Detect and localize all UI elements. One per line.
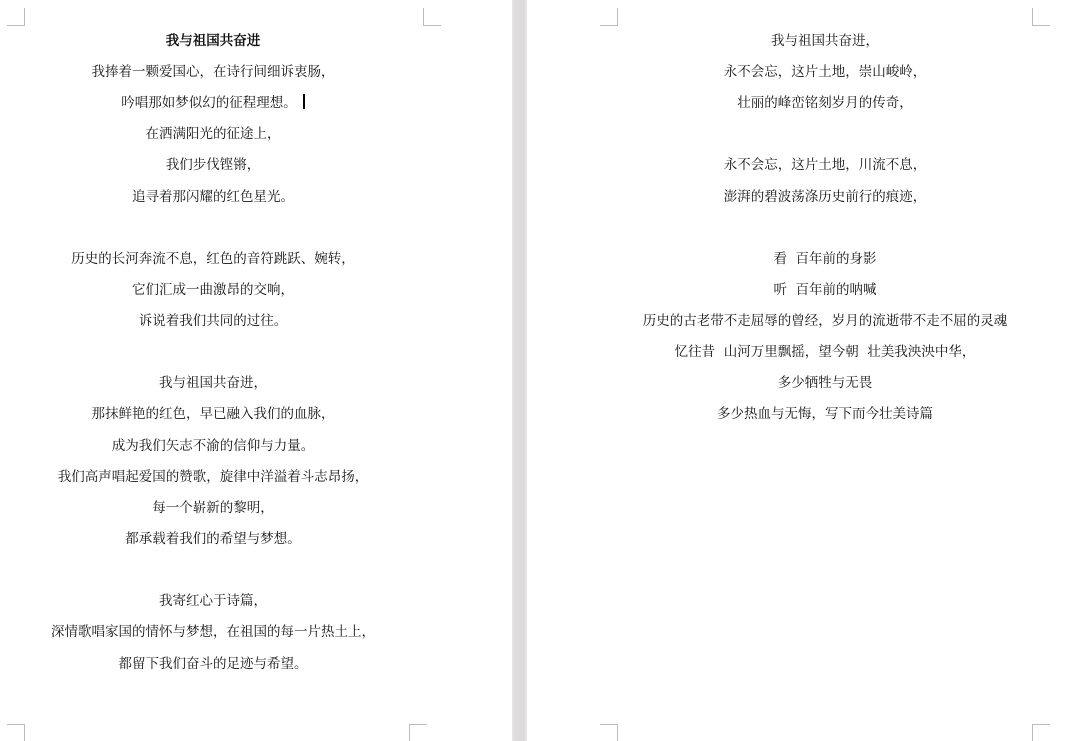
poem-line: 我寄红心于诗篇， (0, 592, 426, 610)
poem-line: 在洒满阳光的征途上， (0, 125, 426, 143)
poem-line: 历史的古老带不走屈辱的曾经，岁月的流逝带不走不屈的灵魂 (527, 312, 1070, 330)
text-cursor (303, 94, 305, 109)
poem-line: 听 百年前的呐喊 (527, 281, 1070, 299)
poem-line: 我与祖国共奋进， (527, 32, 1070, 50)
poem-line: 追寻着那闪耀的红色星光。 (0, 188, 426, 206)
margin-corner-mark (600, 724, 618, 741)
poem-line: 我们高声唱起爱国的赞歌，旋律中洋溢着斗志昂扬， (0, 468, 426, 486)
poem-line: 它们汇成一曲激昂的交响， (0, 281, 426, 299)
poem-line: 诉说着我们共同的过往。 (0, 312, 426, 330)
poem-line: 忆往昔 山河万里飘摇，望今朝 壮美我泱泱中华， (527, 343, 1070, 361)
poem-line: 历史的长河奔流不息，红色的音符跳跃、婉转， (0, 250, 426, 268)
margin-corner-mark (600, 8, 618, 26)
poem-line: 看 百年前的身影 (527, 250, 1070, 268)
page-gap (512, 0, 527, 741)
poem-line: 那抹鲜艳的红色，早已融入我们的血脉， (0, 405, 426, 423)
poem-line: 深情歌唱家国的情怀与梦想，在祖国的每一片热土上， (0, 623, 426, 641)
poem-line: 永不会忘，这片土地，崇山峻岭， (527, 63, 1070, 81)
margin-corner-mark (409, 724, 427, 741)
poem-line: 吟唱那如梦似幻的征程理想。 (0, 94, 426, 112)
margin-corner-mark (423, 8, 441, 26)
poem-line: 多少牺牲与无畏 (527, 374, 1070, 392)
poem-line: 成为我们矢志不渝的信仰与力量。 (0, 437, 426, 455)
document-page-left[interactable]: 我与祖国共奋进 我捧着一颗爱国心，在诗行间细诉衷肠， 吟唱那如梦似幻的征程理想。… (0, 0, 512, 741)
document-page-right[interactable]: 我与祖国共奋进， 永不会忘，这片土地，崇山峻岭， 壮丽的峰峦铭刻岁月的传奇， 永… (527, 0, 1070, 741)
poem-line: 我与祖国共奋进， (0, 374, 426, 392)
margin-corner-mark (1032, 8, 1050, 26)
poem-line: 多少热血与无悔，写下而今壮美诗篇 (527, 405, 1070, 423)
poem-line: 每一个崭新的黎明， (0, 499, 426, 517)
poem-title: 我与祖国共奋进 (0, 32, 426, 50)
poem-line: 我捧着一颗爱国心，在诗行间细诉衷肠， (0, 63, 426, 81)
poem-line: 壮丽的峰峦铭刻岁月的传奇， (527, 94, 1070, 112)
margin-corner-mark (7, 8, 25, 26)
margin-corner-mark (1032, 724, 1050, 741)
poem-line: 澎湃的碧波荡涤历史前行的痕迹， (527, 188, 1070, 206)
poem-line-text: 吟唱那如梦似幻的征程理想。 (121, 95, 297, 111)
poem-line: 都留下我们奋斗的足迹与希望。 (0, 655, 426, 673)
poem-line: 永不会忘，这片土地，川流不息， (527, 156, 1070, 174)
poem-line: 我们步伐铿锵， (0, 156, 426, 174)
poem-line: 都承载着我们的希望与梦想。 (0, 530, 426, 548)
margin-corner-mark (7, 724, 25, 741)
